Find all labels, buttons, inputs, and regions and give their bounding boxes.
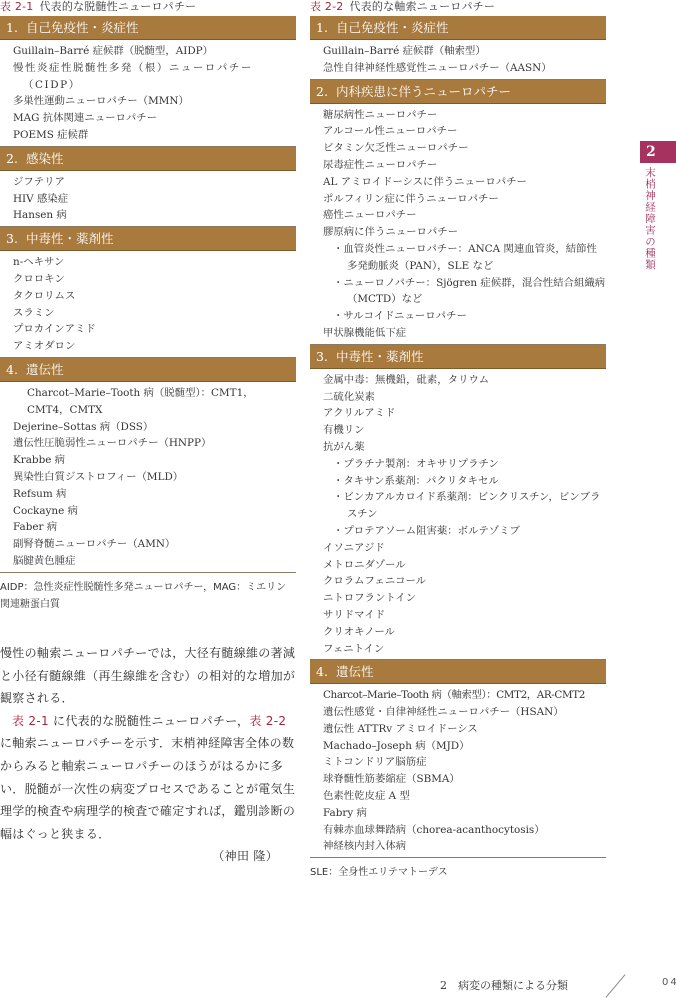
list-item: クロラムフェニコール <box>323 573 606 590</box>
table-section: 1.自己免疫性・炎症性 Guillain–Barré 症候群（脱髄型，AIDP）… <box>0 16 296 147</box>
list-item: 球脊髄性筋萎縮症（SBMA） <box>323 771 606 788</box>
list-item: 多巣性運動ニューロパチー（MMN） <box>13 93 296 110</box>
list-item: アクリルアミド <box>323 405 606 422</box>
list-item: 色素性乾皮症 A 型 <box>323 788 606 805</box>
list-item: ポルフィリン症に伴うニューロパチー <box>323 191 606 208</box>
list-item: 遺伝性感覚・自律神経性ニューロパチー（HSAN） <box>323 704 606 721</box>
table-number: 表 2-2 <box>310 0 343 13</box>
list-item: ミトコンドリア脳筋症 <box>323 754 606 771</box>
section-header: 4.遺伝性 <box>310 660 606 684</box>
section-title: 中毒性・薬剤性 <box>336 349 424 364</box>
chapter-number: 2 <box>640 141 676 163</box>
section-header: 3.中毒性・薬剤性 <box>0 227 296 251</box>
section-number: 4. <box>316 664 328 679</box>
list-item: アルコール性ニューロパチー <box>323 123 606 140</box>
list-item: Faber 病 <box>13 519 296 536</box>
list-item: 急性自律神経性感覚性ニューロパチー（AASN） <box>323 60 606 77</box>
list-item: クロロキン <box>13 271 296 288</box>
list-item: 有棘赤血球舞踏病（chorea-acanthocytosis） <box>323 822 606 839</box>
section-title: 中毒性・薬剤性 <box>26 231 114 246</box>
list-item: ビタミン欠乏性ニューロパチー <box>323 140 606 157</box>
list-item: ・ビンカアルカロイド系薬剤：ビンクリスチン，ビンブラスチン <box>323 489 606 523</box>
table-2-1: 表 2-1代表的な脱髄性ニューロパチー 1.自己免疫性・炎症性 Guillain… <box>0 0 296 613</box>
list-item: 有機リン <box>323 422 606 439</box>
section-number: 2. <box>6 151 18 166</box>
list-item: Refsum 病 <box>13 486 296 503</box>
list-item: タクロリムス <box>13 288 296 305</box>
list-item: ・プロテアソーム阻害薬：ボルテゾミブ <box>323 523 606 540</box>
list-item: Dejerine–Sottas 病（DSS） <box>13 419 296 436</box>
section-title: 自己免疫性・炎症性 <box>26 20 139 35</box>
page-footer: 2 病変の種類による分類 041 <box>440 975 676 995</box>
list-item: サリドマイド <box>323 607 606 624</box>
list-item: n-ヘキサン <box>13 254 296 271</box>
list-item: Machado–Joseph 病（MJD） <box>323 738 606 755</box>
list-item: スラミン <box>13 305 296 322</box>
list-item: プロカインアミド <box>13 321 296 338</box>
section-number: 3. <box>316 349 328 364</box>
list-item: AL アミロイドーシスに伴うニューロパチー <box>323 174 606 191</box>
paragraph-text: に代表的な脱髄性ニューロパチー， <box>49 714 249 728</box>
section-header: 2.感染性 <box>0 147 296 171</box>
table-caption: 表 2-2代表的な軸索ニューロパチー <box>310 0 606 16</box>
section-header: 3.中毒性・薬剤性 <box>310 345 606 369</box>
section-number: 4. <box>6 362 18 377</box>
section-title: 内科疾患に伴うニューロパチー <box>336 84 511 99</box>
list-item: フェニトイン <box>323 641 606 658</box>
list-item: 金属中毒：無機鉛，砒素，タリウム <box>323 372 606 389</box>
table-section: 3.中毒性・薬剤性 n-ヘキサン クロロキン タクロリムス スラミン プロカイン… <box>0 227 296 358</box>
section-header: 1.自己免疫性・炎症性 <box>0 16 296 40</box>
paragraph-text: に軸索ニューロパチーを示す．末梢神経障害全体の数からみると軸索ニューロパチーのほ… <box>0 736 295 840</box>
list-item: 尿毒症性ニューロパチー <box>323 157 606 174</box>
list-item: 異染性白質ジストロフィー（MLD） <box>13 469 296 486</box>
list-item: Krabbe 病 <box>13 452 296 469</box>
section-header: 2.内科疾患に伴うニューロパチー <box>310 80 606 104</box>
divider-slash <box>605 974 625 998</box>
chapter-side-tab: 2 末梢神経障害の種類 <box>640 141 676 271</box>
list-item: 甲状腺機能低下症 <box>323 325 606 342</box>
running-footer-title: 2 病変の種類による分類 <box>440 977 568 993</box>
table-footnote: AIDP：急性炎症性脱髄性多発ニューロパチー，MAG：ミエリン関連糖蛋白質 <box>0 573 296 613</box>
table-title: 代表的な軸索ニューロパチー <box>349 0 495 13</box>
paragraph: 慢性の軸索ニューロパチーでは，大径有髄線維の著減と小径有髄線維（再生線維を含む）… <box>0 642 296 710</box>
table-caption: 表 2-1代表的な脱髄性ニューロパチー <box>0 0 296 16</box>
table-reference-link[interactable]: 表 2-1 <box>12 714 49 728</box>
table-section: 1.自己免疫性・炎症性 Guillain–Barré 症候群（軸索型） 急性自律… <box>310 16 606 80</box>
table-section: 2.感染性 ジフテリア HIV 感染症 Hansen 病 <box>0 147 296 227</box>
table-number: 表 2-1 <box>0 0 33 13</box>
table-reference-link[interactable]: 表 2-2 <box>249 714 286 728</box>
list-item: イソニアジド <box>323 540 606 557</box>
section-number: 1. <box>6 20 18 35</box>
list-item: 副腎脊髄ニューロパチー（AMN） <box>13 536 296 553</box>
list-item: POEMS 症候群 <box>13 127 296 144</box>
body-text: 慢性の軸索ニューロパチーでは，大径有髄線維の著減と小径有髄線維（再生線維を含む）… <box>0 642 296 868</box>
paragraph: 表 2-1 に代表的な脱髄性ニューロパチー，表 2-2 に軸索ニューロパチーを示… <box>0 710 296 846</box>
list-item: Fabry 病 <box>323 805 606 822</box>
list-item: HIV 感染症 <box>13 191 296 208</box>
section-number: 1. <box>316 20 328 35</box>
section-header: 4.遺伝性 <box>0 358 296 382</box>
table-section: 2.内科疾患に伴うニューロパチー 糖尿病性ニューロパチー アルコール性ニューロパ… <box>310 80 606 345</box>
section-title: 感染性 <box>26 151 64 166</box>
section-header: 1.自己免疫性・炎症性 <box>310 16 606 40</box>
section-title: 自己免疫性・炎症性 <box>336 20 449 35</box>
list-item: 抗がん薬 <box>323 439 606 456</box>
list-item: 糖尿病性ニューロパチー <box>323 107 606 124</box>
list-item: 膠原病に伴うニューロパチー <box>323 224 606 241</box>
table-section: 4.遺伝性 Charcot–Marie–Tooth 病（軸索型）：CMT2，AR… <box>310 660 606 858</box>
list-item: Charcot–Marie–Tooth 病（脱髄型）：CMT1，CMT4，CMT… <box>13 385 296 419</box>
list-item: ・血管炎性ニューロパチー：ANCA 関連血管炎，結節性多発動脈炎（PAN），SL… <box>323 241 606 275</box>
section-title: 遺伝性 <box>26 362 64 377</box>
page-number: 041 <box>662 977 676 988</box>
author-credit: （神田 隆） <box>0 845 296 868</box>
list-item: 二硫化炭素 <box>323 389 606 406</box>
list-item: ・タキサン系薬剤：パクリタキセル <box>323 473 606 490</box>
list-item: Hansen 病 <box>13 207 296 224</box>
table-section: 3.中毒性・薬剤性 金属中毒：無機鉛，砒素，タリウム 二硫化炭素 アクリルアミド… <box>310 345 606 661</box>
list-item: 遺伝性圧脆弱性ニューロパチー（HNPP） <box>13 435 296 452</box>
list-item: ・ニューロノパチー：Sjögren 症候群，混合性結合組織病（MCTD）など <box>323 275 606 309</box>
list-item: 神経核内封入体病 <box>323 838 606 855</box>
list-item: Charcot–Marie–Tooth 病（軸索型）：CMT2，AR-CMT2 <box>323 687 606 704</box>
section-title: 遺伝性 <box>336 664 374 679</box>
table-2-2: 表 2-2代表的な軸索ニューロパチー 1.自己免疫性・炎症性 Guillain–… <box>310 0 606 881</box>
list-item: クリオキノール <box>323 624 606 641</box>
section-number: 3. <box>6 231 18 246</box>
table-footnote: SLE：全身性エリテマトーデス <box>310 858 606 881</box>
list-item: Guillain–Barré 症候群（脱髄型，AIDP） <box>13 43 296 60</box>
list-item: Guillain–Barré 症候群（軸索型） <box>323 43 606 60</box>
list-item: ・プラチナ製剤：オキサリプラチン <box>323 456 606 473</box>
section-number: 2. <box>316 84 328 99</box>
list-item: ニトロフラントイン <box>323 590 606 607</box>
table-section: 4.遺伝性 Charcot–Marie–Tooth 病（脱髄型）：CMT1，CM… <box>0 358 296 573</box>
list-item: 脳腱黄色腫症 <box>13 553 296 570</box>
list-item: 遺伝性 ATTRv アミロイドーシス <box>323 721 606 738</box>
table-title: 代表的な脱髄性ニューロパチー <box>39 0 196 13</box>
list-item: ・サルコイドニューロパチー <box>323 308 606 325</box>
list-item: アミオダロン <box>13 338 296 355</box>
list-item: 癌性ニューロパチー <box>323 207 606 224</box>
list-item: MAG 抗体関連ニューロパチー <box>13 110 296 127</box>
list-item: メトロニダゾール <box>323 557 606 574</box>
list-item: Cockayne 病 <box>13 503 296 520</box>
list-item: ジフテリア <box>13 174 296 191</box>
list-item: 慢性炎症性脱髄性多発（根）ニューロパチー（CIDP） <box>13 60 296 94</box>
chapter-label: 末梢神経障害の種類 <box>643 167 658 271</box>
